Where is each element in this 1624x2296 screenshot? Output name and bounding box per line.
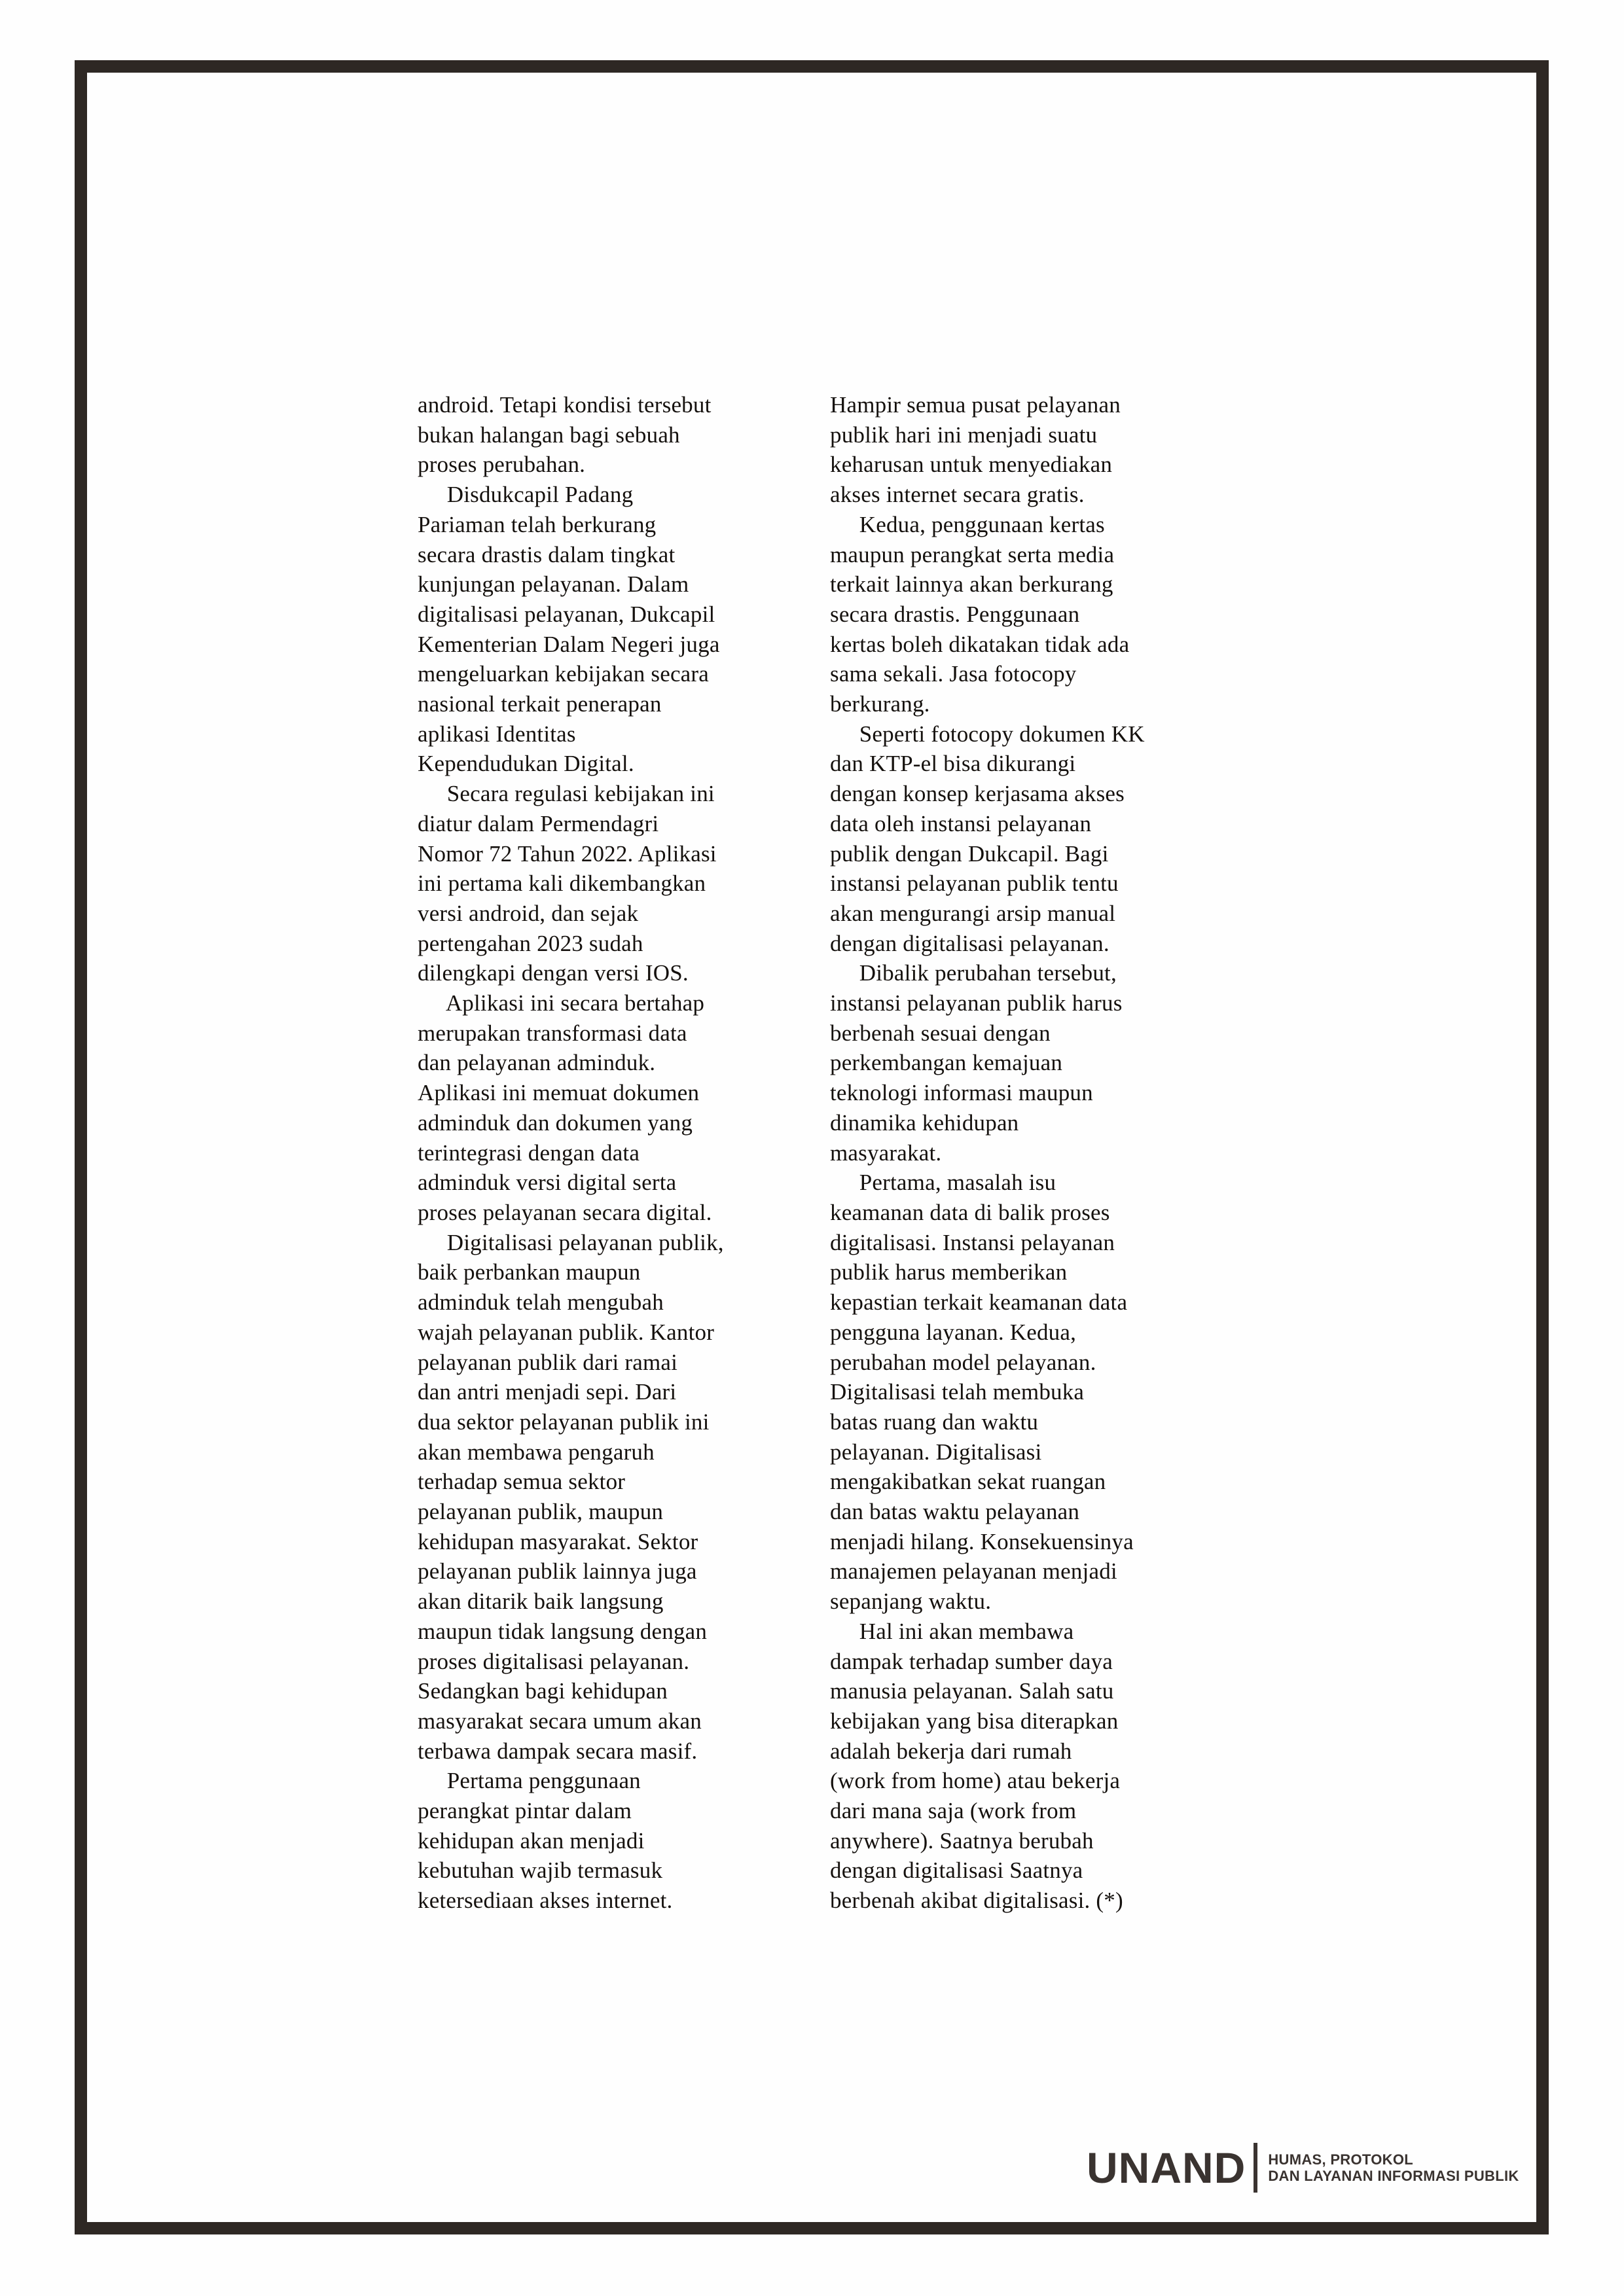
- text-line: akan ditarik baik langsung: [418, 1587, 745, 1617]
- text-line: pelayanan publik, maupun: [418, 1497, 745, 1527]
- text-line: baik perbankan maupun: [418, 1257, 745, 1287]
- text-line: manajemen pelayanan menjadi: [830, 1556, 1157, 1587]
- text-line: instansi pelayanan publik tentu: [830, 869, 1157, 899]
- text-line: Pertama penggunaan: [418, 1766, 745, 1796]
- text-line: akan mengurangi arsip manual: [830, 899, 1157, 929]
- text-line: dengan digitalisasi Saatnya: [830, 1856, 1157, 1886]
- text-line: proses digitalisasi pelayanan.: [418, 1647, 745, 1677]
- text-line: dua sektor pelayanan publik ini: [418, 1407, 745, 1437]
- text-line: Aplikasi ini secara bertahap: [418, 988, 745, 1018]
- text-line: aplikasi Identitas: [418, 719, 745, 749]
- text-line: digitalisasi pelayanan, Dukcapil: [418, 600, 745, 630]
- text-line: wajah pelayanan publik. Kantor: [418, 1318, 745, 1348]
- text-line: perangkat pintar dalam: [418, 1796, 745, 1826]
- text-line: dinamika kehidupan: [830, 1108, 1157, 1138]
- text-line: Kementerian Dalam Negeri juga: [418, 630, 745, 660]
- text-line: Kedua, penggunaan kertas: [830, 510, 1157, 540]
- text-line: sepanjang waktu.: [830, 1587, 1157, 1617]
- text-line: proses perubahan.: [418, 450, 745, 480]
- text-line: bukan halangan bagi sebuah: [418, 420, 745, 450]
- text-line: terintegrasi dengan data: [418, 1138, 745, 1168]
- text-line: dari mana saja (work from: [830, 1796, 1157, 1826]
- text-line: dan pelayanan adminduk.: [418, 1048, 745, 1078]
- text-line: Digitalisasi pelayanan publik,: [418, 1228, 745, 1258]
- text-line: kunjungan pelayanan. Dalam: [418, 569, 745, 600]
- text-line: adminduk dan dokumen yang: [418, 1108, 745, 1138]
- text-line: data oleh instansi pelayanan: [830, 809, 1157, 839]
- text-line: masyarakat.: [830, 1138, 1157, 1168]
- text-line: adalah bekerja dari rumah: [830, 1736, 1157, 1767]
- text-line: pelayanan. Digitalisasi: [830, 1437, 1157, 1467]
- text-line: nasional terkait penerapan: [418, 689, 745, 719]
- text-line: menjadi hilang. Konsekuensinya: [830, 1527, 1157, 1557]
- text-line: kehidupan akan menjadi: [418, 1826, 745, 1856]
- text-line: dan batas waktu pelayanan: [830, 1497, 1157, 1527]
- logo-divider: [1254, 2143, 1257, 2193]
- page-border-frame: [75, 60, 1549, 2234]
- unand-logo: UNAND HUMAS, PROTOKOL DAN LAYANAN INFORM…: [1087, 2142, 1519, 2194]
- text-line: Kependudukan Digital.: [418, 749, 745, 779]
- text-line: pengguna layanan. Kedua,: [830, 1318, 1157, 1348]
- text-line: keamanan data di balik proses: [830, 1198, 1157, 1228]
- text-line: Secara regulasi kebijakan ini: [418, 779, 745, 809]
- text-line: dampak terhadap sumber daya: [830, 1647, 1157, 1677]
- text-line: dengan digitalisasi pelayanan.: [830, 929, 1157, 959]
- text-line: adminduk telah mengubah: [418, 1287, 745, 1318]
- text-line: perkembangan kemajuan: [830, 1048, 1157, 1078]
- text-line: ini pertama kali dikembangkan: [418, 869, 745, 899]
- text-line: kepastian terkait keamanan data: [830, 1287, 1157, 1318]
- text-line: batas ruang dan waktu: [830, 1407, 1157, 1437]
- text-line: secara drastis. Penggunaan: [830, 600, 1157, 630]
- text-line: dilengkapi dengan versi IOS.: [418, 958, 745, 988]
- text-line: maupun tidak langsung dengan: [418, 1617, 745, 1647]
- text-line: Aplikasi ini memuat dokumen: [418, 1078, 745, 1108]
- text-line: sama sekali. Jasa fotocopy: [830, 659, 1157, 689]
- text-line: Pariaman telah berkurang: [418, 510, 745, 540]
- text-line: anywhere). Saatnya berubah: [830, 1826, 1157, 1856]
- text-line: terkait lainnya akan berkurang: [830, 569, 1157, 600]
- article-column-1: android. Tetapi kondisi tersebutbukan ha…: [418, 390, 745, 1916]
- text-line: keharusan untuk menyediakan: [830, 450, 1157, 480]
- text-line: berkurang.: [830, 689, 1157, 719]
- text-line: Nomor 72 Tahun 2022. Aplikasi: [418, 839, 745, 869]
- text-line: kertas boleh dikatakan tidak ada: [830, 630, 1157, 660]
- text-line: maupun perangkat serta media: [830, 540, 1157, 570]
- text-line: android. Tetapi kondisi tersebut: [418, 390, 745, 420]
- text-line: perubahan model pelayanan.: [830, 1348, 1157, 1378]
- text-line: manusia pelayanan. Salah satu: [830, 1676, 1157, 1706]
- text-line: berbenah akibat digitalisasi. (*): [830, 1886, 1157, 1916]
- text-line: kehidupan masyarakat. Sektor: [418, 1527, 745, 1557]
- text-line: dan KTP-el bisa dikurangi: [830, 749, 1157, 779]
- text-line: berbenah sesuai dengan: [830, 1018, 1157, 1049]
- text-line: publik dengan Dukcapil. Bagi: [830, 839, 1157, 869]
- text-line: diatur dalam Permendagri: [418, 809, 745, 839]
- text-line: terbawa dampak secara masif.: [418, 1736, 745, 1767]
- text-line: Disdukcapil Padang: [418, 480, 745, 510]
- text-line: pertengahan 2023 sudah: [418, 929, 745, 959]
- scanned-article-page: android. Tetapi kondisi tersebutbukan ha…: [0, 0, 1624, 2296]
- text-line: adminduk versi digital serta: [418, 1168, 745, 1198]
- text-line: teknologi informasi maupun: [830, 1078, 1157, 1108]
- text-line: proses pelayanan secara digital.: [418, 1198, 745, 1228]
- text-line: merupakan transformasi data: [418, 1018, 745, 1049]
- text-line: masyarakat secara umum akan: [418, 1706, 745, 1736]
- text-line: kebutuhan wajib termasuk: [418, 1856, 745, 1886]
- text-line: digitalisasi. Instansi pelayanan: [830, 1228, 1157, 1258]
- text-line: ketersediaan akses internet.: [418, 1886, 745, 1916]
- text-line: kebijakan yang bisa diterapkan: [830, 1706, 1157, 1736]
- text-line: dan antri menjadi sepi. Dari: [418, 1377, 745, 1407]
- text-line: instansi pelayanan publik harus: [830, 988, 1157, 1018]
- logo-subtitle-line1: HUMAS, PROTOKOL: [1268, 2151, 1413, 2168]
- text-line: Hal ini akan membawa: [830, 1617, 1157, 1647]
- text-line: Seperti fotocopy dokumen KK: [830, 719, 1157, 749]
- text-line: Dibalik perubahan tersebut,: [830, 958, 1157, 988]
- text-line: secara drastis dalam tingkat: [418, 540, 745, 570]
- text-line: terhadap semua sektor: [418, 1467, 745, 1497]
- text-line: (work from home) atau bekerja: [830, 1766, 1157, 1796]
- article-column-2: Hampir semua pusat pelayananpublik hari …: [830, 390, 1157, 1916]
- text-line: akan membawa pengaruh: [418, 1437, 745, 1467]
- unand-logo-wordmark: UNAND: [1087, 2142, 1246, 2194]
- text-line: mengeluarkan kebijakan secara: [418, 659, 745, 689]
- text-line: dengan konsep kerjasama akses: [830, 779, 1157, 809]
- text-line: pelayanan publik lainnya juga: [418, 1556, 745, 1587]
- text-line: versi android, dan sejak: [418, 899, 745, 929]
- text-line: akses internet secara gratis.: [830, 480, 1157, 510]
- text-line: Sedangkan bagi kehidupan: [418, 1676, 745, 1706]
- text-line: Digitalisasi telah membuka: [830, 1377, 1157, 1407]
- text-line: Hampir semua pusat pelayanan: [830, 390, 1157, 420]
- text-line: pelayanan publik dari ramai: [418, 1348, 745, 1378]
- text-line: publik hari ini menjadi suatu: [830, 420, 1157, 450]
- text-line: publik harus memberikan: [830, 1257, 1157, 1287]
- logo-subtitle: HUMAS, PROTOKOL DAN LAYANAN INFORMASI PU…: [1268, 2151, 1519, 2184]
- text-line: Pertama, masalah isu: [830, 1168, 1157, 1198]
- logo-subtitle-line2: DAN LAYANAN INFORMASI PUBLIK: [1268, 2168, 1519, 2184]
- text-line: mengakibatkan sekat ruangan: [830, 1467, 1157, 1497]
